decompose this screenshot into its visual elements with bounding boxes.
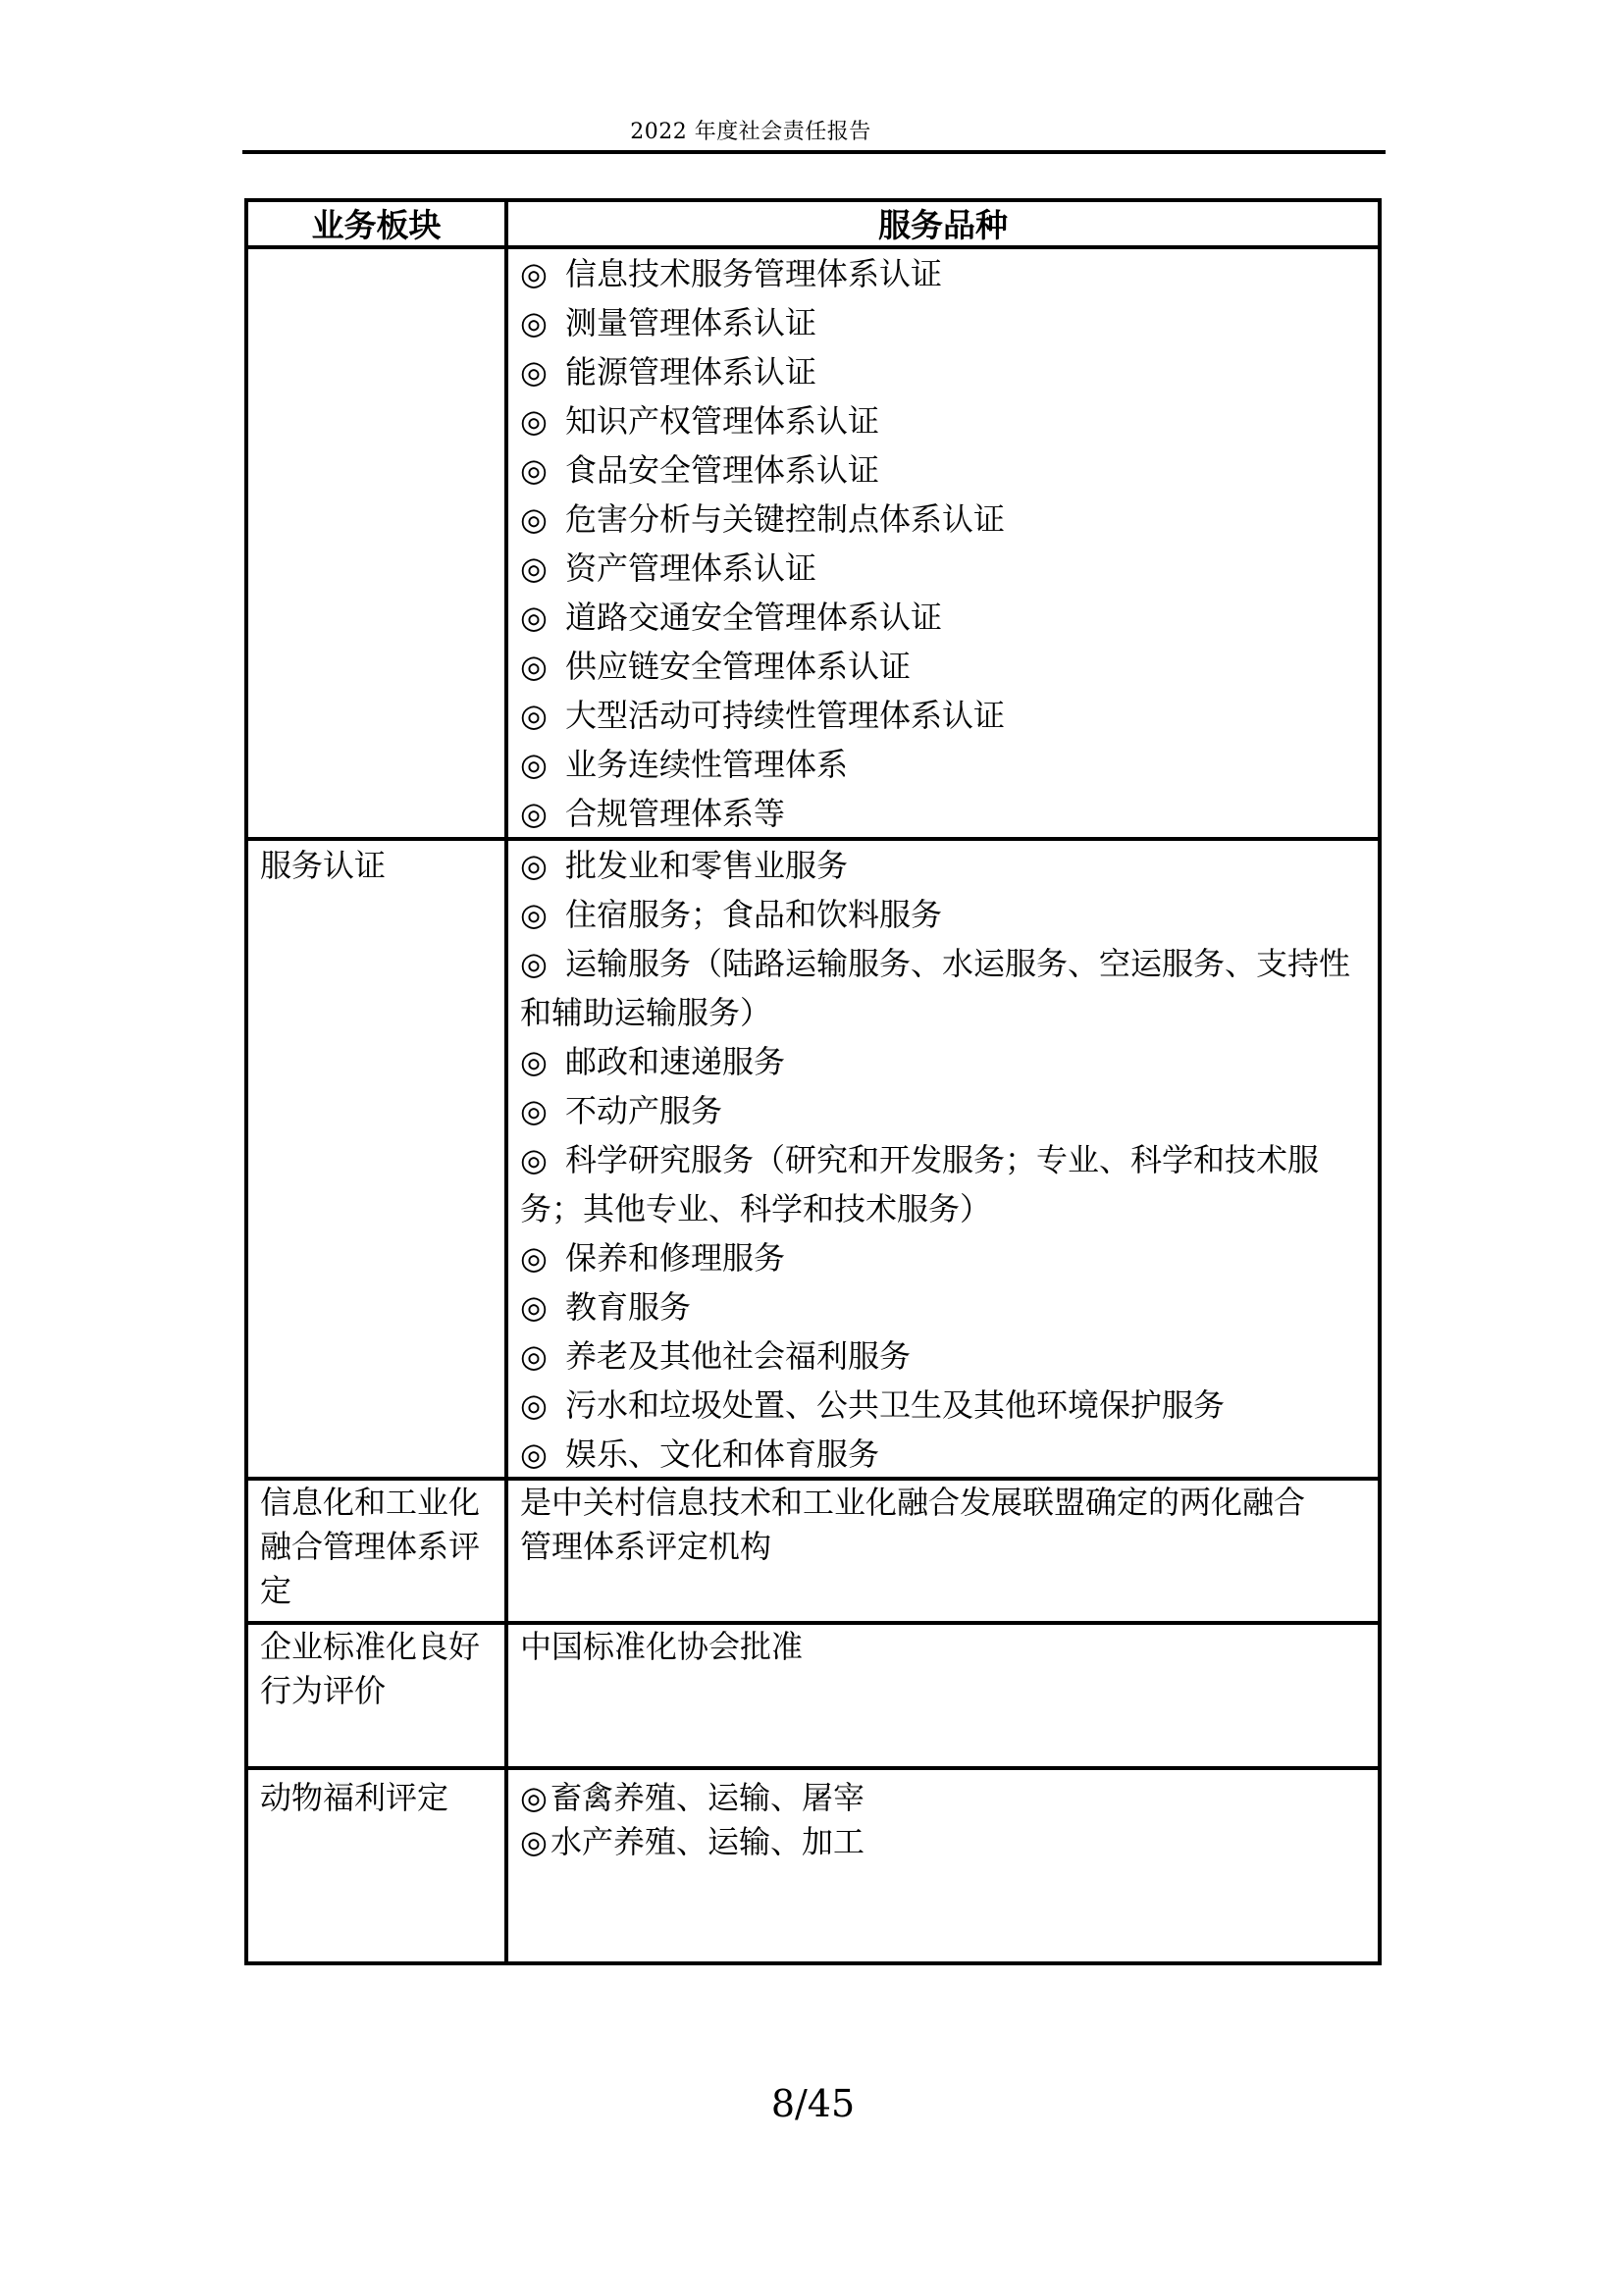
service-text: 合规管理体系等 [565, 795, 785, 832]
service-line: ◎大型活动可持续性管理体系认证 [520, 691, 1378, 740]
service-text: 能源管理体系认证 [565, 353, 816, 391]
service-text: 教育服务 [565, 1288, 691, 1326]
service-text: 大型活动可持续性管理体系认证 [565, 697, 1005, 734]
service-line: ◎知识产权管理体系认证 [520, 396, 1378, 445]
service-text: 住宿服务；食品和饮料服务 [565, 896, 942, 933]
bullseye-bullet-icon: ◎ [520, 642, 550, 691]
segment-line: 行为评价 [260, 1669, 504, 1713]
service-text: 运输服务（陆路运输服务、水运服务、空运服务、支持性 [565, 945, 1350, 982]
service-line: ◎业务连续性管理体系 [520, 740, 1378, 789]
segment-line: 企业标准化良好 [260, 1625, 504, 1669]
bullseye-bullet-icon: ◎ [520, 740, 550, 789]
bullseye-bullet-icon: ◎ [520, 1086, 550, 1135]
service-text: 信息技术服务管理体系认证 [565, 255, 942, 292]
service-text: 邮政和速递服务 [565, 1043, 785, 1080]
segment-line: 融合管理体系评 [260, 1525, 504, 1569]
service-line: ◎能源管理体系认证 [520, 347, 1378, 396]
service-line: ◎畜禽养殖、运输、屠宰 [520, 1776, 1378, 1820]
service-line: ◎污水和垃圾处置、公共卫生及其他环境保护服务 [520, 1381, 1378, 1430]
service-text: 供应链安全管理体系认证 [565, 648, 911, 685]
services-table: 业务板块 服务品种 ◎信息技术服务管理体系认证◎测量管理体系认证◎能源管理体系认… [244, 198, 1382, 1965]
service-line: 管理体系评定机构 [520, 1525, 1378, 1569]
service-line: ◎测量管理体系认证 [520, 298, 1378, 347]
segment-line: 信息化和工业化 [260, 1481, 504, 1525]
segment-cell-certification [248, 249, 508, 841]
service-line: 务；其他专业、科学和技术服务） [520, 1184, 1378, 1233]
service-line: 和辅助运输服务） [520, 988, 1378, 1037]
service-text: 测量管理体系认证 [565, 304, 816, 341]
service-line: ◎合规管理体系等 [520, 789, 1378, 838]
segment-line: 服务认证 [260, 841, 504, 890]
services-cell-service-certification: ◎批发业和零售业服务◎住宿服务；食品和饮料服务◎运输服务（陆路运输服务、水运服务… [508, 841, 1378, 1481]
service-line: ◎道路交通安全管理体系认证 [520, 593, 1378, 642]
bullseye-bullet-icon: ◎ [520, 249, 550, 298]
service-line: ◎教育服务 [520, 1282, 1378, 1331]
bullseye-bullet-icon: ◎ [520, 1381, 550, 1430]
service-line: ◎信息技术服务管理体系认证 [520, 249, 1378, 298]
bullseye-bullet-icon: ◎ [520, 544, 550, 593]
service-line: ◎水产养殖、运输、加工 [520, 1820, 1378, 1864]
segment-text: 定 [260, 1572, 291, 1609]
service-text: 保养和修理服务 [565, 1239, 785, 1277]
service-line: ◎科学研究服务（研究和开发服务；专业、科学和技术服 [520, 1135, 1378, 1184]
service-line: ◎娱乐、文化和体育服务 [520, 1430, 1378, 1479]
service-line: 中国标准化协会批准 [520, 1625, 1378, 1669]
bullseye-bullet-icon: ◎ [520, 789, 550, 838]
segment-text: 动物福利评定 [260, 1779, 448, 1816]
bullseye-bullet-icon: ◎ [520, 1331, 550, 1381]
segment-text: 企业标准化良好 [260, 1628, 480, 1665]
segment-text: 行为评价 [260, 1672, 386, 1709]
segment-line: 定 [260, 1569, 504, 1613]
segment-cell-animal-welfare: 动物福利评定 [248, 1770, 508, 1961]
segment-text: 服务认证 [260, 847, 386, 884]
service-line: 是中关村信息技术和工业化融合发展联盟确定的两化融合 [520, 1481, 1378, 1525]
service-text: 养老及其他社会福利服务 [565, 1337, 911, 1375]
service-text: 水产养殖、运输、加工 [550, 1823, 864, 1860]
service-text: 畜禽养殖、运输、屠宰 [550, 1779, 864, 1816]
bullseye-bullet-icon: ◎ [520, 841, 550, 890]
bullseye-bullet-icon: ◎ [520, 445, 550, 495]
service-line: ◎邮政和速递服务 [520, 1037, 1378, 1086]
service-line: ◎保养和修理服务 [520, 1233, 1378, 1282]
page-title: 2022 年度社会责任报告 [630, 115, 870, 145]
service-text: 和辅助运输服务） [520, 994, 771, 1031]
service-text: 娱乐、文化和体育服务 [565, 1435, 879, 1473]
service-line: ◎食品安全管理体系认证 [520, 445, 1378, 495]
document-page: { "page": { "header_title": "2022 年度社会责任… [0, 0, 1624, 2296]
services-cell-animal-welfare: ◎畜禽养殖、运输、屠宰◎水产养殖、运输、加工 [508, 1770, 1378, 1961]
service-line: ◎住宿服务；食品和饮料服务 [520, 890, 1378, 939]
bullseye-bullet-icon: ◎ [520, 939, 550, 988]
service-text: 污水和垃圾处置、公共卫生及其他环境保护服务 [565, 1386, 1225, 1424]
service-text: 科学研究服务（研究和开发服务；专业、科学和技术服 [565, 1141, 1319, 1178]
service-line: ◎危害分析与关键控制点体系认证 [520, 495, 1378, 544]
service-text: 知识产权管理体系认证 [565, 402, 879, 440]
segment-cell-standardization-evaluation: 企业标准化良好行为评价 [248, 1625, 508, 1770]
service-text: 道路交通安全管理体系认证 [565, 599, 942, 636]
service-text: 批发业和零售业服务 [565, 847, 848, 884]
services-cell-standardization-evaluation: 中国标准化协会批准 [508, 1625, 1378, 1770]
service-text: 务；其他专业、科学和技术服务） [520, 1190, 991, 1227]
page-number: 8/45 [244, 2082, 1382, 2125]
service-text: 管理体系评定机构 [520, 1528, 771, 1565]
bullseye-bullet-icon: ◎ [520, 1282, 550, 1331]
bullseye-bullet-icon: ◎ [520, 691, 550, 740]
bullseye-bullet-icon: ◎ [520, 1037, 550, 1086]
bullseye-bullet-icon: ◎ [520, 347, 550, 396]
service-text: 资产管理体系认证 [565, 549, 816, 587]
bullseye-bullet-icon: ◎ [520, 396, 550, 445]
segment-line: 动物福利评定 [260, 1776, 504, 1820]
services-cell-integration-assessment: 是中关村信息技术和工业化融合发展联盟确定的两化融合管理体系评定机构 [508, 1481, 1378, 1625]
bullseye-bullet-icon: ◎ [520, 1776, 550, 1820]
segment-text: 融合管理体系评 [260, 1528, 480, 1565]
service-line: ◎养老及其他社会福利服务 [520, 1331, 1378, 1381]
header-rule [242, 150, 1386, 154]
service-line: ◎不动产服务 [520, 1086, 1378, 1135]
service-text: 食品安全管理体系认证 [565, 451, 879, 489]
bullseye-bullet-icon: ◎ [520, 495, 550, 544]
service-line: ◎资产管理体系认证 [520, 544, 1378, 593]
bullseye-bullet-icon: ◎ [520, 1233, 550, 1282]
business-segment-header: 业务板块 [248, 202, 508, 249]
segment-cell-service-certification: 服务认证 [248, 841, 508, 1481]
service-text: 业务连续性管理体系 [565, 746, 848, 783]
service-line: ◎批发业和零售业服务 [520, 841, 1378, 890]
bullseye-bullet-icon: ◎ [520, 1135, 550, 1184]
service-text: 是中关村信息技术和工业化融合发展联盟确定的两化融合 [520, 1484, 1305, 1521]
service-line: ◎供应链安全管理体系认证 [520, 642, 1378, 691]
bullseye-bullet-icon: ◎ [520, 593, 550, 642]
service-text: 中国标准化协会批准 [520, 1628, 803, 1665]
service-type-header: 服务品种 [508, 202, 1378, 249]
bullseye-bullet-icon: ◎ [520, 298, 550, 347]
bullseye-bullet-icon: ◎ [520, 1820, 550, 1864]
service-text: 危害分析与关键控制点体系认证 [565, 500, 1005, 538]
service-text: 不动产服务 [565, 1092, 722, 1129]
bullseye-bullet-icon: ◎ [520, 1430, 550, 1479]
segment-text: 信息化和工业化 [260, 1484, 480, 1521]
service-line: ◎运输服务（陆路运输服务、水运服务、空运服务、支持性 [520, 939, 1378, 988]
segment-cell-integration-assessment: 信息化和工业化融合管理体系评定 [248, 1481, 508, 1625]
bullseye-bullet-icon: ◎ [520, 890, 550, 939]
services-cell-certification: ◎信息技术服务管理体系认证◎测量管理体系认证◎能源管理体系认证◎知识产权管理体系… [508, 249, 1378, 841]
